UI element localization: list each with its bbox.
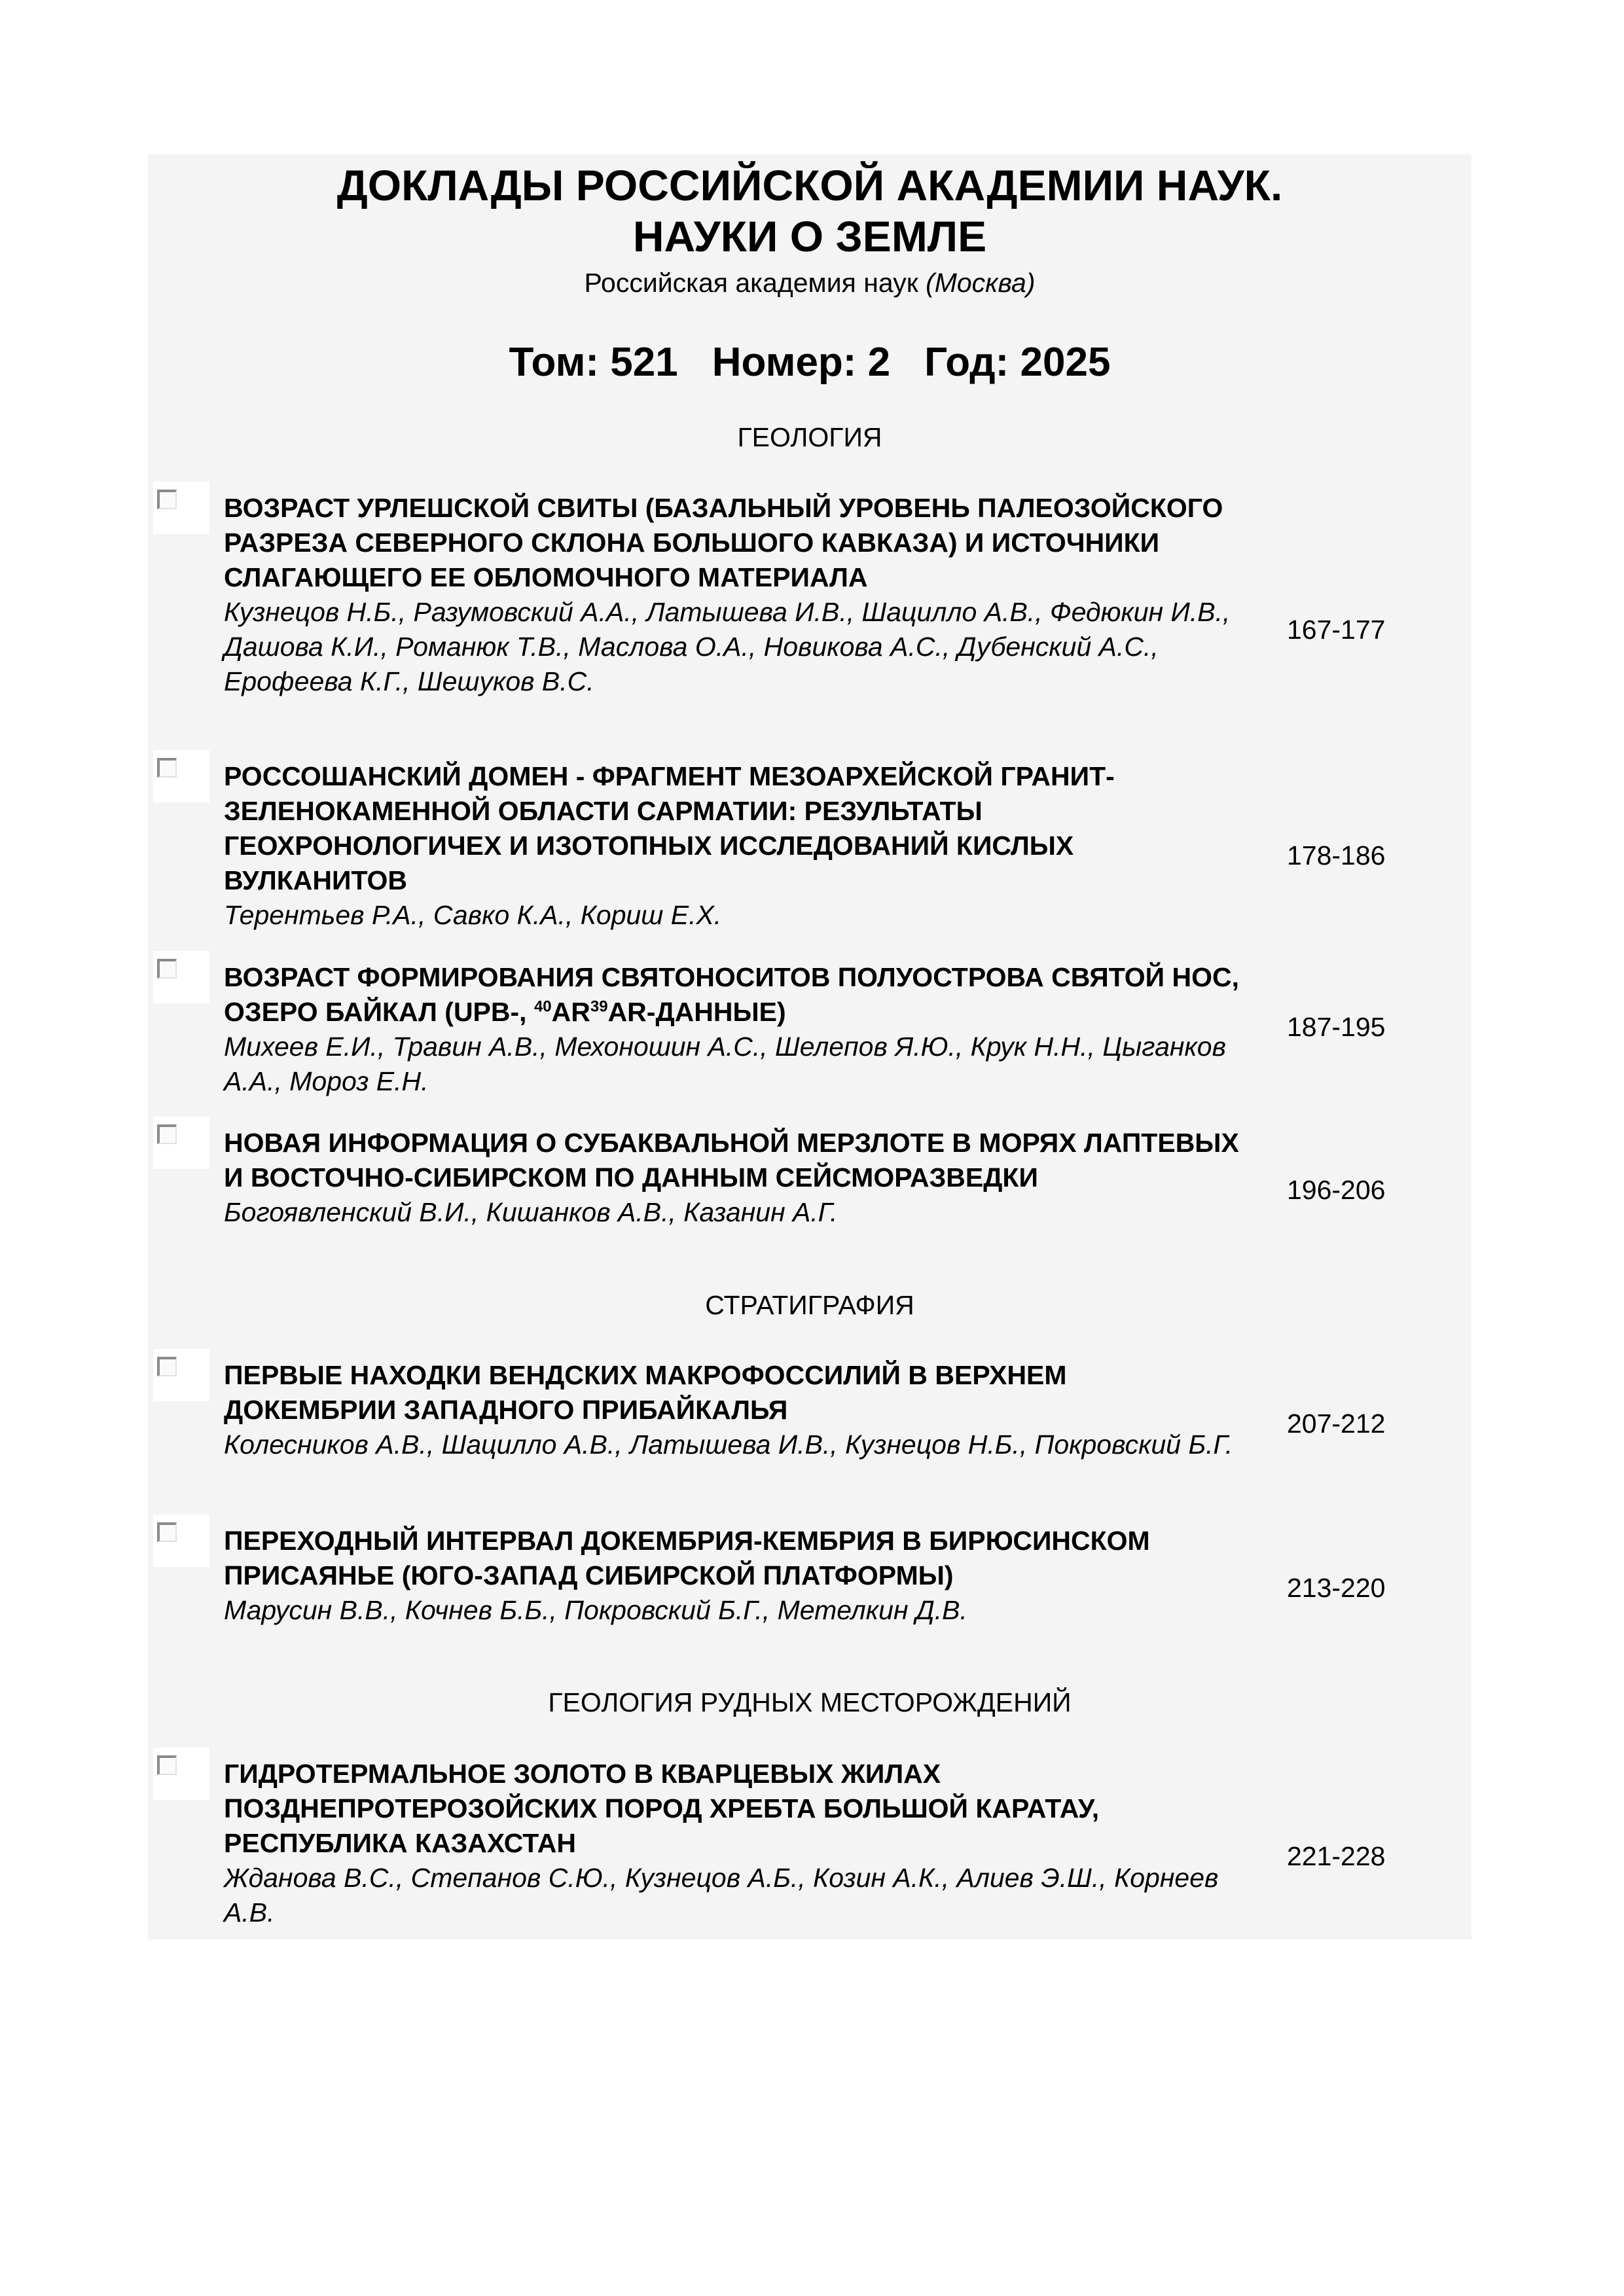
checkbox-icon [157, 758, 177, 778]
section-heading-stratigraphy: СТРАТИГРАФИЯ [148, 1289, 1471, 1321]
article-title[interactable]: ВОЗРАСТ УРЛЕШСКОЙ СВИТЫ (БАЗАЛЬНЫЙ УРОВЕ… [224, 491, 1245, 595]
article-authors: Богоявленский В.И., Кишанков А.В., Казан… [224, 1195, 1245, 1230]
checkbox-icon [157, 490, 177, 509]
article-title[interactable]: РОССОШАНСКИЙ ДОМЕН - ФРАГМЕНТ МЕЗОАРХЕЙС… [224, 759, 1245, 898]
select-checkbox[interactable] [153, 750, 209, 802]
checkbox-icon [157, 1357, 177, 1376]
article-authors: Колесников А.В., Шацилло А.В., Латышева … [224, 1427, 1245, 1462]
checkbox-icon [157, 1124, 177, 1144]
article-pages: 207-212 [1287, 1407, 1418, 1441]
article-title[interactable]: ПЕРВЫЕ НАХОДКИ ВЕНДСКИХ МАКРОФОССИЛИЙ В … [224, 1358, 1245, 1427]
publisher-city: (Москва) [926, 268, 1035, 298]
year: Год: 2025 [924, 340, 1110, 385]
select-checkbox[interactable] [153, 951, 209, 1003]
section-heading-geology: ГЕОЛОГИЯ [148, 421, 1471, 454]
article-title[interactable]: ПЕРЕХОДНЫЙ ИНТЕРВАЛ ДОКЕМБРИЯ-КЕМБРИЯ В … [224, 1524, 1245, 1593]
select-checkbox[interactable] [153, 1349, 209, 1401]
issue-number: Номер: 2 [712, 340, 890, 385]
article-title[interactable]: ВОЗРАСТ ФОРМИРОВАНИЯ СВЯТОНОСИТОВ ПОЛУОС… [224, 960, 1245, 1030]
select-checkbox[interactable] [153, 1515, 209, 1567]
article-pages: 196-206 [1287, 1173, 1418, 1208]
checkbox-icon [157, 1522, 177, 1542]
article-pages: 167-177 [1287, 613, 1418, 647]
issue-info: Том: 521Номер: 2Год: 2025 [148, 339, 1471, 386]
article-authors: Терентьев Р.А., Савко К.А., Кориш Е.Х. [224, 898, 1245, 933]
article-authors: Марусин В.В., Кочнев Б.Б., Покровский Б.… [224, 1593, 1245, 1628]
article-title[interactable]: НОВАЯ ИНФОРМАЦИЯ О СУБАКВАЛЬНОЙ МЕРЗЛОТЕ… [224, 1126, 1245, 1195]
article-authors: Кузнецов Н.Б., Разумовский А.А., Латышев… [224, 595, 1245, 699]
select-checkbox[interactable] [153, 1748, 209, 1800]
select-checkbox[interactable] [153, 482, 209, 534]
journal-title-line-2: НАУКИ О ЗЕМЛЕ [148, 211, 1471, 262]
article-authors: Михеев Е.И., Травин А.В., Мехоношин А.С.… [224, 1030, 1245, 1099]
article-authors: Жданова В.С., Степанов С.Ю., Кузнецов А.… [224, 1861, 1245, 1930]
journal-title: ДОКЛАДЫ РОССИЙСКОЙ АКАДЕМИИ НАУК. НАУКИ … [148, 154, 1471, 262]
superscript: 40 [534, 997, 552, 1015]
publisher-name: Российская академия наук [584, 268, 918, 298]
section-heading-ore-geology: ГЕОЛОГИЯ РУДНЫХ МЕСТОРОЖДЕНИЙ [148, 1686, 1471, 1719]
article-pages: 187-195 [1287, 1010, 1418, 1045]
article-pages: 178-186 [1287, 838, 1418, 873]
article-title[interactable]: ГИДРОТЕРМАЛЬНОЕ ЗОЛОТО В КВАРЦЕВЫХ ЖИЛАХ… [224, 1757, 1245, 1861]
article-pages: 213-220 [1287, 1571, 1418, 1605]
select-checkbox[interactable] [153, 1117, 209, 1169]
checkbox-icon [157, 959, 177, 978]
table-of-contents-panel: ДОКЛАДЫ РОССИЙСКОЙ АКАДЕМИИ НАУК. НАУКИ … [148, 154, 1471, 1939]
superscript: 39 [590, 997, 608, 1015]
publisher: Российская академия наук (Москва) [148, 267, 1471, 298]
article-title-part: AR [552, 997, 590, 1027]
volume: Том: 521 [509, 340, 678, 385]
article-pages: 221-228 [1287, 1839, 1418, 1874]
checkbox-icon [157, 1755, 177, 1775]
journal-title-line-1: ДОКЛАДЫ РОССИЙСКОЙ АКАДЕМИИ НАУК. [148, 160, 1471, 211]
article-title-part: AR-ДАННЫЕ) [608, 997, 786, 1027]
